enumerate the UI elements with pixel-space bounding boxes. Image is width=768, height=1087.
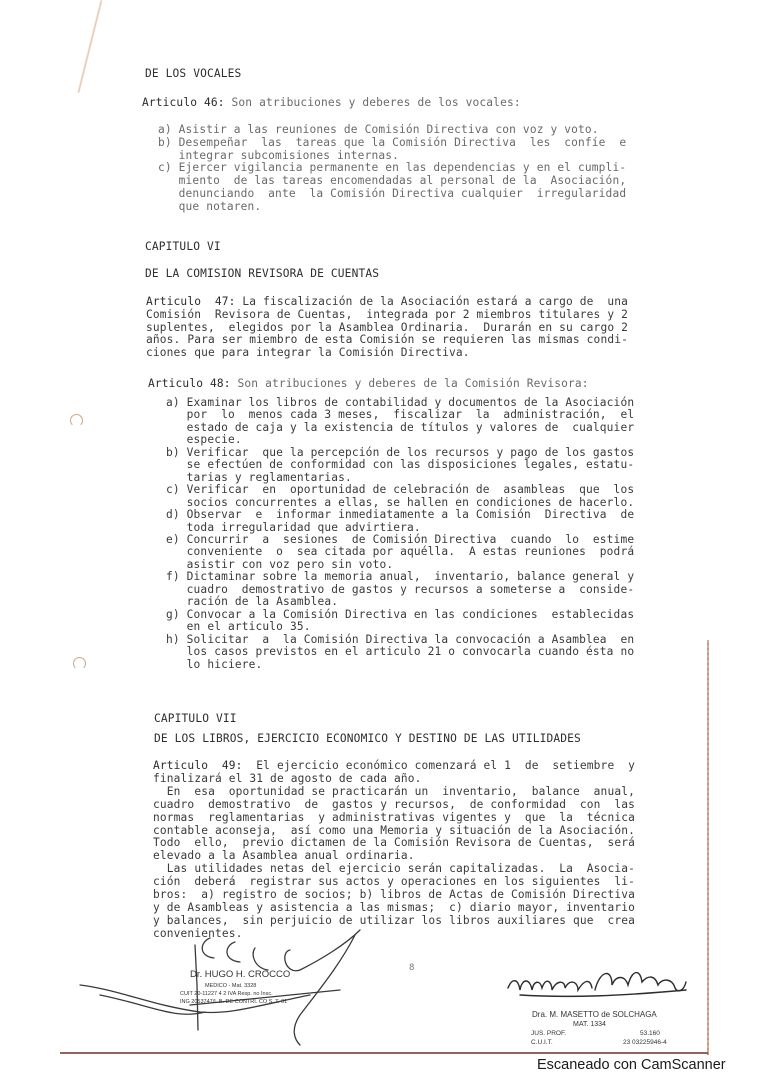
right-signature-icon [508,973,686,997]
camscanner-watermark: Escaneado con CamScanner [537,1057,726,1073]
left-stamp-name: Dr. HUGO H. CROCCO [190,969,290,980]
right-stamp-cuit-label: C.U.I.T. [531,1039,553,1046]
page-number: 8 [409,963,414,973]
scanned-page: DE LOS VOCALES Articulo 46: Son atribuci… [0,0,768,1087]
handwritten-signatures [0,0,768,1087]
right-stamp-mat: MAT. 1334 [573,1021,606,1028]
right-stamp-jus-value: 53.160 [640,1030,660,1037]
left-stamp-line3: ING 2053747/L.B. DE CONTRI. CO S. T. 01 [180,999,287,1005]
left-stamp-line2: CUIT 20-11227 4 2 IVA Resp. no Insc. [180,991,273,997]
right-stamp-name: Dra. M. MASETTO de SOLCHAGA [532,1010,657,1019]
left-stamp-line1: MEDICO - Mat. 3328 [205,983,256,989]
right-stamp-jus-label: JUS. PROF. [531,1030,566,1037]
right-stamp-cuit-value: 23 03225946-4 [623,1039,667,1046]
